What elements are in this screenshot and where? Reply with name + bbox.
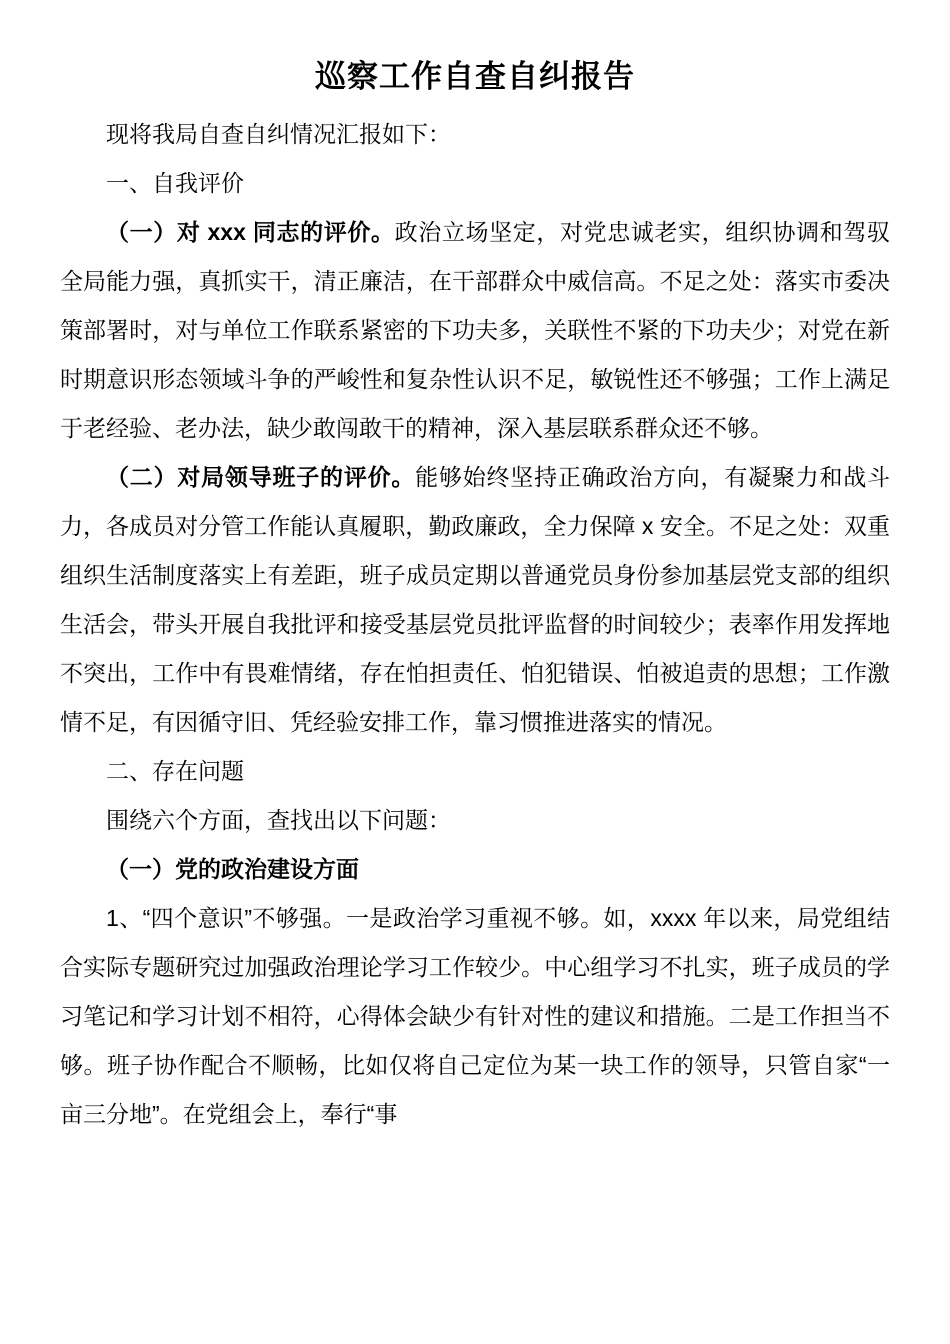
paragraph: 围绕六个方面，查找出以下问题： [60, 796, 890, 845]
paragraph-text: 二、存在问题 [106, 758, 244, 784]
paragraph: 1、“四个意识”不够强。一是政治学习重视不够。如，xxxx 年以来，局党组结合实… [60, 894, 890, 1139]
paragraph-text: 现将我局自查自纠情况汇报如下： [106, 121, 451, 147]
paragraph-text: 政治立场坚定，对党忠诚老实，组织协调和驾驭全局能力强，真抓实干，清正廉洁，在干部… [60, 219, 890, 441]
paragraph-lead: （一）党的政治建设方面 [106, 856, 359, 882]
paragraph-text: 一、自我评价 [106, 170, 244, 196]
paragraph: （一）对 xxx 同志的评价。政治立场坚定，对党忠诚老实，组织协调和驾驭全局能力… [60, 208, 890, 453]
document-page: 巡察工作自查自纠报告 现将我局自查自纠情况汇报如下： 一、自我评价 （一）对 x… [0, 0, 950, 1344]
paragraph-text: 围绕六个方面，查找出以下问题： [106, 807, 451, 833]
paragraph: 一、自我评价 [60, 159, 890, 208]
paragraph-lead: （二）对局领导班子的评价。 [106, 464, 415, 490]
paragraph-lead: （一）对 xxx 同志的评价。 [106, 219, 395, 245]
paragraph: 二、存在问题 [60, 747, 890, 796]
paragraph-text: 能够始终坚持正确政治方向，有凝聚力和战斗力，各成员对分管工作能认真履职，勤政廉政… [60, 464, 890, 735]
paragraph: 现将我局自查自纠情况汇报如下： [60, 110, 890, 159]
paragraph: （一）党的政治建设方面 [60, 845, 890, 894]
doc-body: 现将我局自查自纠情况汇报如下： 一、自我评价 （一）对 xxx 同志的评价。政治… [60, 110, 890, 1139]
paragraph-text: 1、“四个意识”不够强。一是政治学习重视不够。如，xxxx 年以来，局党组结合实… [60, 905, 890, 1127]
paragraph: （二）对局领导班子的评价。能够始终坚持正确政治方向，有凝聚力和战斗力，各成员对分… [60, 453, 890, 747]
doc-title: 巡察工作自查自纠报告 [60, 54, 890, 100]
